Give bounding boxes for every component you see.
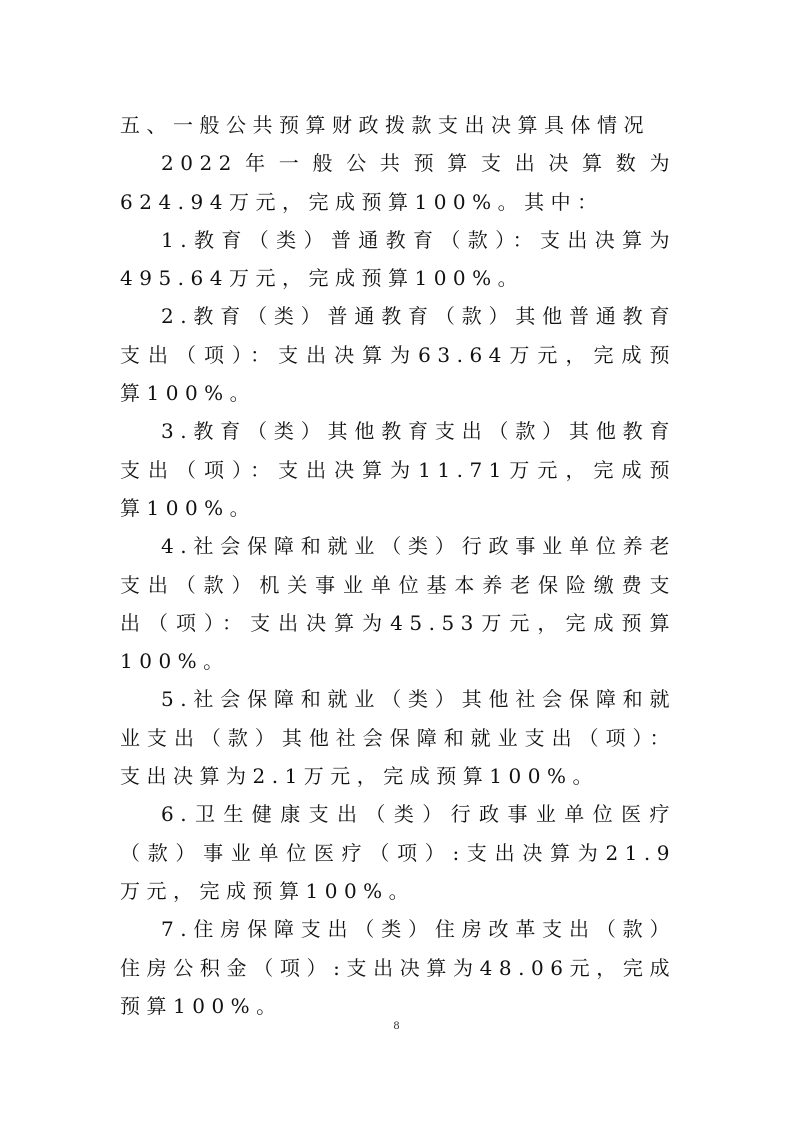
list-item: 5.社会保障和就业（类）其他社会保障和就业支出（款）其他社会保障和就业支出（项）… bbox=[120, 680, 676, 795]
list-item: 4.社会保障和就业（类）行政事业单位养老支出（款）机关事业单位基本养老保险缴费支… bbox=[120, 527, 676, 680]
list-item: 7.住房保障支出（类）住房改革支出（款）住房公积金（项）:支出决算为48.06元… bbox=[120, 910, 676, 1025]
document-page: 五、一般公共预算财政拨款支出决算具体情况 2022年一般公共预算支出决算数为62… bbox=[0, 0, 793, 1122]
list-item: 2.教育（类）普通教育（款）其他普通教育支出（项）：支出决算为63.64万元，完… bbox=[120, 297, 676, 412]
intro-paragraph: 2022年一般公共预算支出决算数为624.94万元，完成预算100%。其中： bbox=[120, 144, 676, 221]
page-number: 8 bbox=[0, 1018, 793, 1033]
list-item: 1.教育（类）普通教育（款）：支出决算为495.64万元，完成预算100%。 bbox=[120, 221, 676, 298]
list-item: 3.教育（类）其他教育支出（款）其他教育支出（项）：支出决算为11.71万元，完… bbox=[120, 412, 676, 527]
list-item: 6.卫生健康支出（类）行政事业单位医疗（款）事业单位医疗（项）:支出决算为21.… bbox=[120, 795, 676, 910]
section-heading: 五、一般公共预算财政拨款支出决算具体情况 bbox=[120, 106, 676, 144]
document-body: 五、一般公共预算财政拨款支出决算具体情况 2022年一般公共预算支出决算数为62… bbox=[120, 106, 676, 1025]
